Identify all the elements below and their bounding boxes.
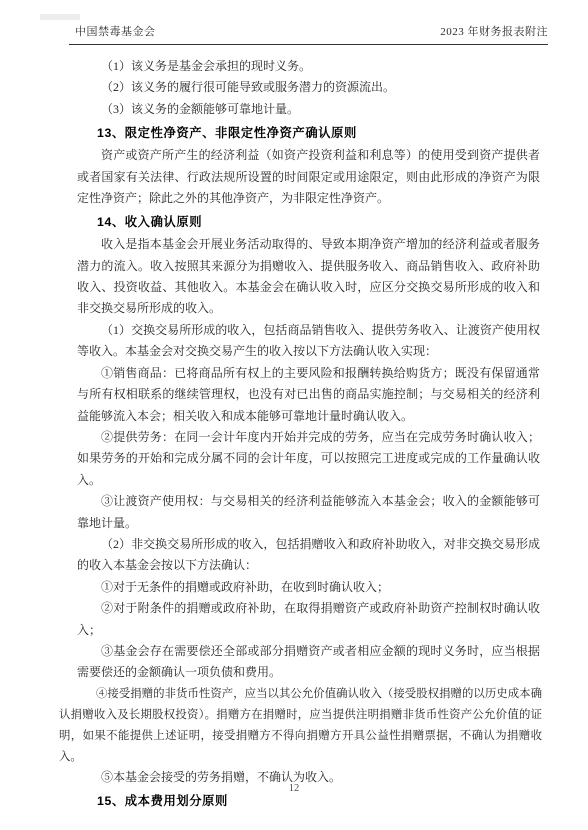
- section-heading: 13、限定性净资产、非限定性净资产确认原则: [77, 123, 540, 144]
- scan-artifact: [40, 14, 80, 20]
- paragraph: ③基金会存在需要偿还全部或部分捐赠资产或者相应金额的现时义务时，应当根据需要偿还…: [77, 641, 540, 684]
- section-heading: 14、收入确认原则: [77, 212, 540, 233]
- paragraph: （3）该义务的金额能够可靠地计量。: [77, 99, 540, 120]
- page-footer: 12: [0, 783, 588, 794]
- paragraph: ②对于附条件的捐赠或政府补助，在取得捐赠资产或政府补助资产控制权时确认收入；: [77, 598, 540, 641]
- paragraph: （1）交换交易所形成的收入，包括商品销售收入、提供劳务收入、让渡资产使用权等收入…: [77, 320, 540, 363]
- header-organization-name: 中国禁毒基金会: [69, 23, 156, 39]
- paragraph: 收入是指本基金会开展业务活动取得的、导致本期净资产增加的经济利益或者服务潜力的流…: [77, 234, 540, 320]
- paragraph: ①对于无条件的捐赠或政府补助，在收到时确认收入；: [77, 577, 540, 598]
- paragraph: （2）非交换交易所形成的收入，包括捐赠收入和政府补助收入，对非交换交易形成的收入…: [77, 534, 540, 577]
- paragraph: ②提供劳务：在同一会计年度内开始并完成的劳务，应当在完成劳务时确认收入；如果劳务…: [77, 427, 540, 491]
- paragraph: 资产或资产所产生的经济利益（如资产投资利益和利息等）的使用受到资产提供者或者国家…: [77, 145, 540, 209]
- document-page: 中国禁毒基金会 2023 年财务报表附注 （1）该义务是基金会承担的现时义务。（…: [0, 0, 588, 830]
- page-number: 12: [289, 783, 300, 794]
- paragraph: ①销售商品：已将商品所有权上的主要风险和报酬转换给购货方；既没有保留通常与所有权…: [77, 363, 540, 427]
- paragraph: ④接受捐赠的非货币性资产，应当以其公允价值确认收入（接受股权捐赠的以历史成本确认…: [59, 684, 542, 768]
- paragraph: （2）该义务的履行很可能导致或服务潜力的资源流出。: [77, 77, 540, 98]
- paragraph: ③让渡资产使用权：与交易相关的经济利益能够流入本基金会；收入的金额能够可靠地计量…: [77, 491, 540, 534]
- document-body: （1）该义务是基金会承担的现时义务。（2）该义务的履行很可能导致或服务潜力的资源…: [77, 56, 540, 814]
- page-header: 中国禁毒基金会 2023 年财务报表附注: [69, 23, 548, 45]
- section-heading: 15、成本费用划分原则: [77, 791, 540, 812]
- paragraph: （1）该义务是基金会承担的现时义务。: [77, 56, 540, 77]
- header-report-title: 2023 年财务报表附注: [440, 23, 548, 39]
